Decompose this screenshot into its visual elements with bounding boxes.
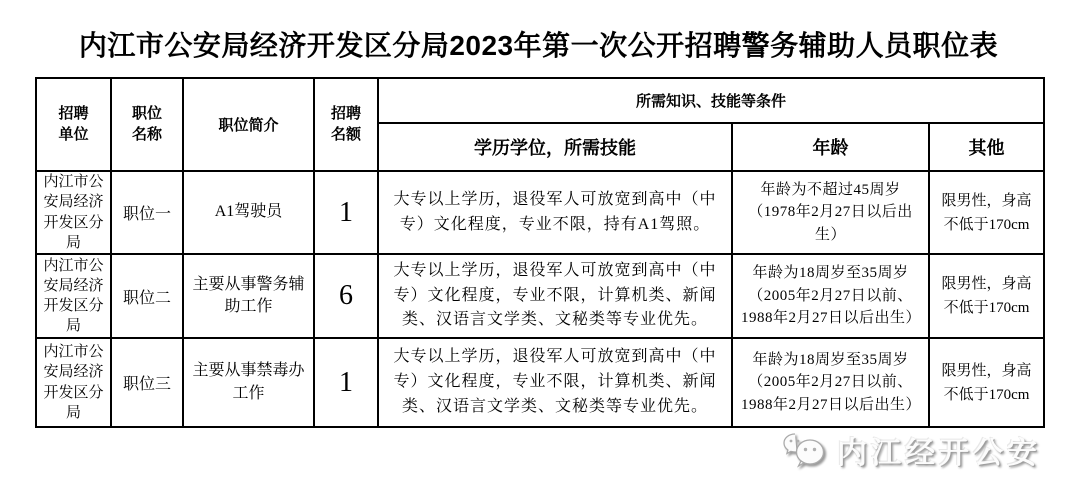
cell-education: 大专以上学历，退役军人可放宽到高中（中专）文化程度，专业不限，计算机类、新闻类、… — [378, 254, 732, 338]
header-position-intro: 职位简介 — [183, 78, 314, 171]
wechat-icon — [781, 431, 827, 469]
cell-intro: A1驾驶员 — [183, 171, 314, 254]
cell-quota: 6 — [314, 254, 378, 338]
header-other: 其他 — [929, 123, 1044, 171]
header-position-name: 职位名称 — [111, 78, 183, 171]
cell-unit: 内江市公安局经济开发区分局 — [36, 338, 111, 427]
cell-age: 年龄为18周岁至35周岁（2005年2月27日以前、1988年2月27日以后出生… — [732, 254, 929, 338]
cell-education: 大专以上学历，退役军人可放宽到高中（中专）文化程度，专业不限，计算机类、新闻类、… — [378, 338, 732, 427]
table-row-position-3: 内江市公安局经济开发区分局 职位三 主要从事禁毒办工作 1 大专以上学历，退役军… — [36, 338, 1044, 427]
page: 内江市公安局经济开发区分局2023年第一次公开招聘警务辅助人员职位表 招聘单位 … — [0, 0, 1077, 496]
cell-unit: 内江市公安局经济开发区分局 — [36, 171, 111, 254]
cell-other: 限男性，身高不低于170cm — [929, 338, 1044, 427]
table-row-position-2: 内江市公安局经济开发区分局 职位二 主要从事警务辅助工作 6 大专以上学历，退役… — [36, 254, 1044, 338]
cell-quota: 1 — [314, 171, 378, 254]
cell-position: 职位一 — [111, 171, 183, 254]
cell-other: 限男性，身高不低于170cm — [929, 171, 1044, 254]
cell-intro: 主要从事禁毒办工作 — [183, 338, 314, 427]
header-required-conditions: 所需知识、技能等条件 — [378, 78, 1044, 123]
cell-position: 职位三 — [111, 338, 183, 427]
cell-intro: 主要从事警务辅助工作 — [183, 254, 314, 338]
cell-quota: 1 — [314, 338, 378, 427]
cell-age: 年龄为不超过45周岁（1978年2月27日以后出生） — [732, 171, 929, 254]
header-quota: 招聘名额 — [314, 78, 378, 171]
header-row-top: 招聘单位 职位名称 职位简介 招聘名额 所需知识、技能等条件 — [36, 78, 1044, 123]
header-recruiting-unit: 招聘单位 — [36, 78, 111, 171]
cell-age: 年龄为18周岁至35周岁（2005年2月27日以前、1988年2月27日以后出生… — [732, 338, 929, 427]
watermark-label: 内江经开公安 — [837, 428, 1041, 472]
header-education-skills: 学历学位，所需技能 — [378, 123, 732, 171]
wechat-watermark: 内江经开公安 — [781, 428, 1041, 472]
cell-unit: 内江市公安局经济开发区分局 — [36, 254, 111, 338]
page-title: 内江市公安局经济开发区分局2023年第一次公开招聘警务辅助人员职位表 — [0, 24, 1077, 64]
cell-other: 限男性，身高不低于170cm — [929, 254, 1044, 338]
cell-education: 大专以上学历，退役军人可放宽到高中（中专）文化程度，专业不限，持有A1驾照。 — [378, 171, 732, 254]
table-row-position-1: 内江市公安局经济开发区分局 职位一 A1驾驶员 1 大专以上学历，退役军人可放宽… — [36, 171, 1044, 254]
job-positions-table: 招聘单位 职位名称 职位简介 招聘名额 所需知识、技能等条件 学历学位，所需技能… — [35, 77, 1045, 428]
header-age: 年龄 — [732, 123, 929, 171]
cell-position: 职位二 — [111, 254, 183, 338]
